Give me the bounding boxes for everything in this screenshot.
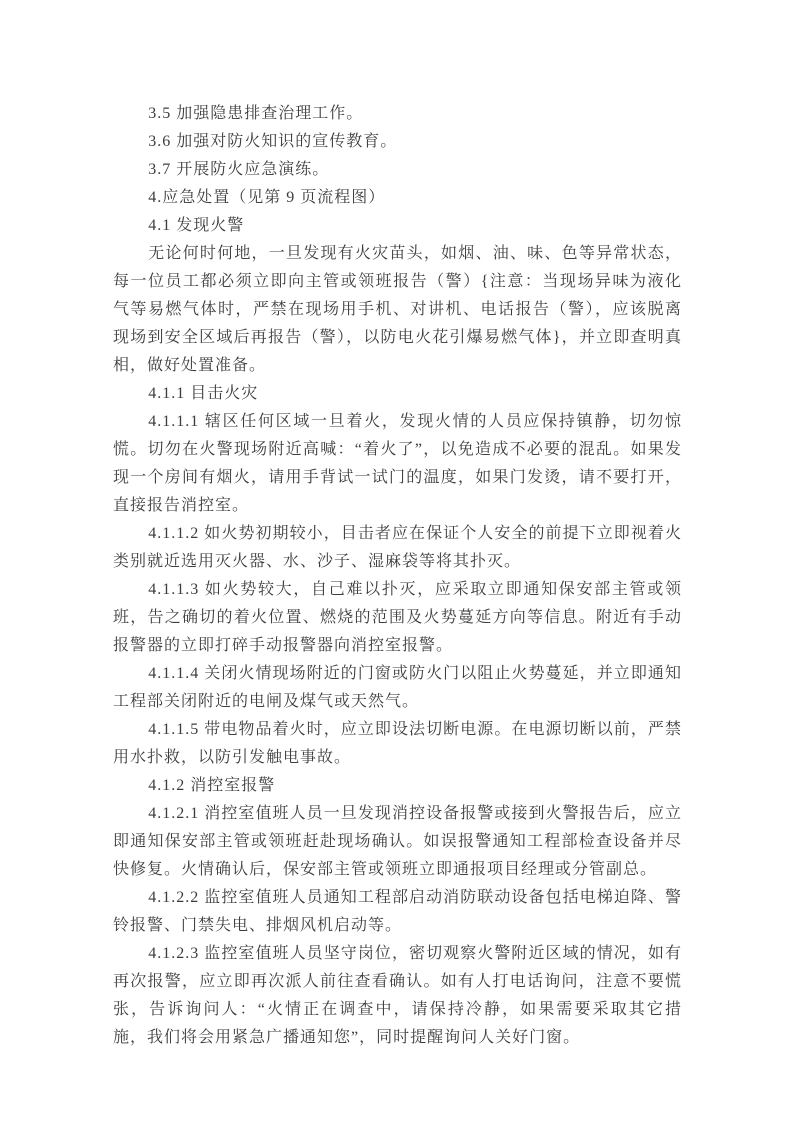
heading-4-emergency-response: 4.应急处置（见第 9 页流程图） [113, 184, 682, 212]
list-item-3-7: 3.7 开展防火应急演练。 [113, 156, 682, 184]
para-4-1-2-3-monitor-post: 4.1.2.3 监控室值班人员坚守岗位，密切观察火警附近区域的情况，如有再次报警… [113, 940, 682, 1052]
para-fire-alarm-reporting: 无论何时何地，一旦发现有火灾苗头，如烟、油、味、色等异常状态，每一位员工都必须立… [113, 240, 682, 380]
para-4-1-1-3-large-fire: 4.1.1.3 如火势较大，自己难以扑灭，应采取立即通知保安部主管或领班，告之确… [113, 576, 682, 660]
document-page: 3.5 加强隐患排查治理工作。 3.6 加强对防火知识的宣传教育。 3.7 开展… [0, 0, 793, 1122]
heading-4-1-2-control-room-alarm: 4.1.2 消控室报警 [113, 772, 682, 800]
heading-4-1-fire-alarm-discovery: 4.1 发现火警 [113, 212, 682, 240]
para-4-1-2-1-duty-staff-confirm: 4.1.2.1 消控室值班人员一旦发现消控设备报警或接到火警报告后，应立即通知保… [113, 800, 682, 884]
document-content: 3.5 加强隐患排查治理工作。 3.6 加强对防火知识的宣传教育。 3.7 开展… [0, 0, 793, 1052]
para-4-1-2-2-linkage-equipment: 4.1.2.2 监控室值班人员通知工程部启动消防联动设备包括电梯迫降、警铃报警、… [113, 884, 682, 940]
list-item-3-5: 3.5 加强隐患排查治理工作。 [113, 100, 682, 128]
para-4-1-1-1-stay-calm: 4.1.1.1 辖区任何区域一旦着火，发现火情的人员应保持镇静，切勿惊慌。切勿在… [113, 408, 682, 520]
heading-4-1-1-witness-fire: 4.1.1 目击火灾 [113, 380, 682, 408]
para-4-1-1-2-small-fire: 4.1.1.2 如火势初期较小，目击者应在保证个人安全的前提下立即视着火类别就近… [113, 520, 682, 576]
para-4-1-1-4-close-doors: 4.1.1.4 关闭火情现场附近的门窗或防火门以阻止火势蔓延，并立即通知工程部关… [113, 660, 682, 716]
list-item-3-6: 3.6 加强对防火知识的宣传教育。 [113, 128, 682, 156]
para-4-1-1-5-electrical-fire: 4.1.1.5 带电物品着火时，应立即设法切断电源。在电源切断以前，严禁用水扑救… [113, 716, 682, 772]
